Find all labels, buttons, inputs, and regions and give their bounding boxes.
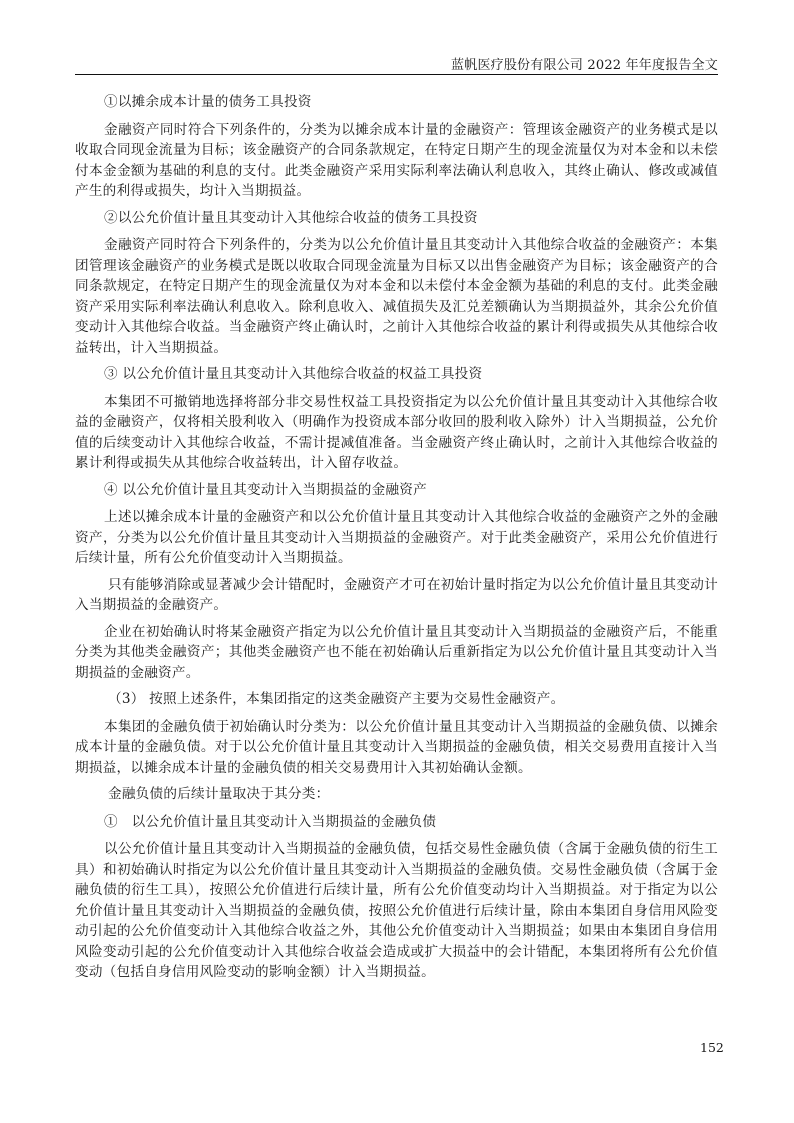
- heading-fvtpl-liabilities: ① 以公允价值计量且其变动计入当期损益的金融负债: [75, 812, 718, 833]
- document-body: ①以摊余成本计量的债务工具投资 金融资产同时符合下列条件的，分类为以摊余成本计量…: [75, 92, 718, 989]
- heading-fvoci-debt: ②以公允价值计量且其变动计入其他综合收益的债务工具投资: [75, 208, 718, 229]
- report-title: 蓝帆医疗股份有限公司 2022 年年度报告全文: [451, 54, 718, 73]
- paragraph-amortized-cost-debt: 金融资产同时符合下列条件的，分类为以摊余成本计量的金融资产：管理该金融资产的业务…: [75, 120, 718, 202]
- heading-fvoci-equity: ③ 以公允价值计量且其变动计入其他综合收益的权益工具投资: [75, 364, 718, 385]
- heading-amortized-cost-debt: ①以摊余成本计量的债务工具投资: [75, 92, 718, 113]
- paragraph-fvoci-debt: 金融资产同时符合下列条件的，分类为以公允价值计量且其变动计入其他综合收益的金融资…: [75, 235, 718, 358]
- paragraph-fvtpl-liabilities: 以公允价值计量且其变动计入当期损益的金融负债，包括交易性金融负债（含属于金融负债…: [75, 839, 718, 983]
- heading-liability-subsequent-measurement: 金融负债的后续计量取决于其分类：: [75, 784, 718, 805]
- page-number: 152: [700, 1040, 724, 1055]
- paragraph-liability-classification: 本集团的金融负债于初始确认时分类为：以公允价值计量且其变动计入当期损益的金融负债…: [75, 717, 718, 779]
- paragraph-no-reclassification: 企业在初始确认时将某金融资产指定为以公允价值计量且其变动计入当期损益的金融资产后…: [75, 622, 718, 684]
- heading-fvtpl-assets: ④ 以公允价值计量且其变动计入当期损益的金融资产: [75, 480, 718, 501]
- paragraph-fvoci-equity: 本集团不可撤销地选择将部分非交易性权益工具投资指定为以公允价值计量且其变动计入其…: [75, 392, 718, 474]
- paragraph-accounting-mismatch: 只有能够消除或显著减少会计错配时，金融资产才可在初始计量时指定为以公允价值计量且…: [75, 575, 718, 616]
- paragraph-fvtpl-assets: 上述以摊余成本计量的金融资产和以公允价值计量且其变动计入其他综合收益的金融资产之…: [75, 507, 718, 569]
- page-header: 蓝帆医疗股份有限公司 2022 年年度报告全文: [75, 52, 718, 75]
- heading-designated-assets: （3） 按照上述条件，本集团指定的这类金融资产主要为交易性金融资产。: [75, 689, 718, 710]
